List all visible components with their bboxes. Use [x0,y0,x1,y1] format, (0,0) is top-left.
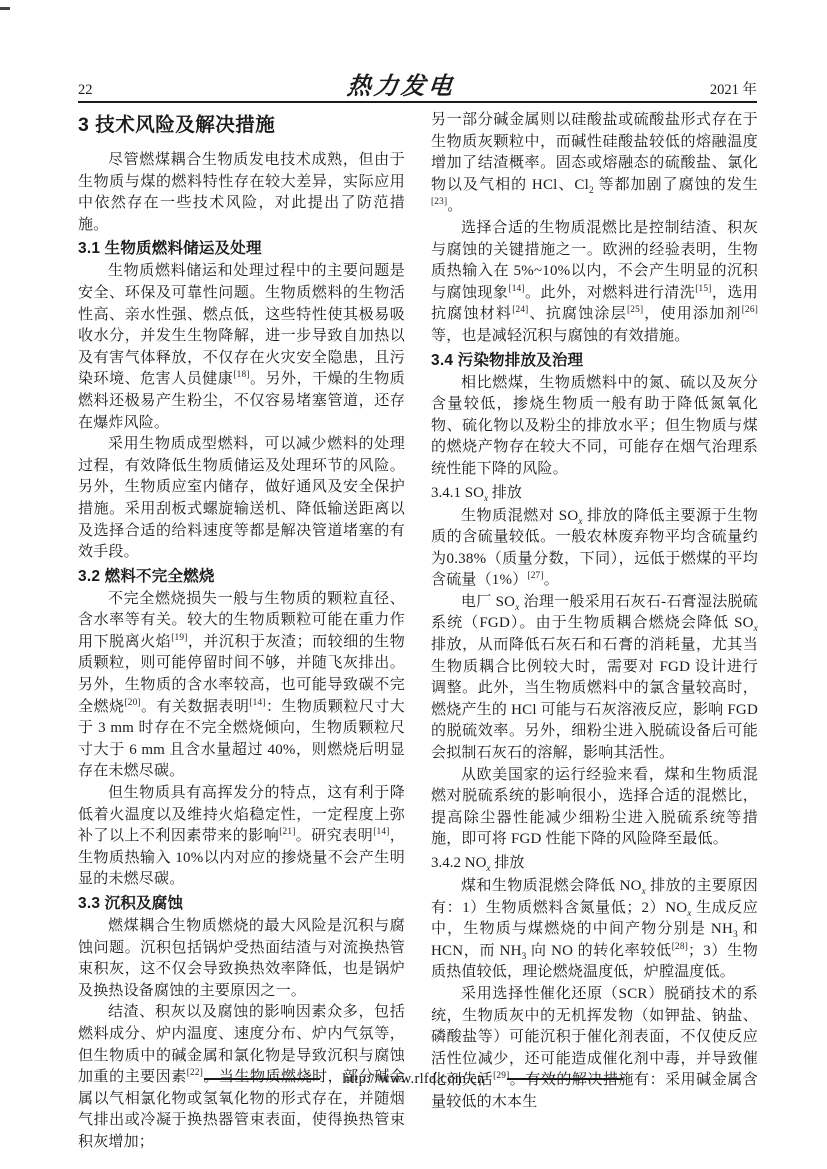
paragraph-pollutant: 相比燃煤，生物质燃料中的氮、硫以及灰分含量较低，掺烧生物质一般有助于降低氮氧化物… [431,373,758,481]
footer-rule-right [507,1078,623,1080]
section-heading-3-2: 3.2 燃料不完全燃烧 [78,565,405,588]
section-heading-3-1: 3.1 生物质燃料储运及处理 [78,237,405,260]
section-heading-3: 3 技术风险及解决措施 [78,112,405,138]
page-number: 22 [78,82,93,98]
section-heading-3-4-1: 3.4.1 SOx 排放 [431,482,758,505]
page-header: 22 热力发电 2021 年 [78,74,757,103]
paragraph-sox-3: 从欧美国家的运行经验来看，煤和生物质混燃对脱硫系统的影响很小，选择合适的混燃比，… [431,765,758,851]
paragraph-incomplete-2: 但生物质具有高挥发分的特点，这有利于降低着火温度以及维持火焰稳定性，一定程度上弥… [78,783,405,891]
paragraph-sox-1: 生物质混燃对 SOx 排放的降低主要源于生物质的含硫量较低。一般农林废弃物平均含… [431,506,758,592]
section-heading-3-3: 3.3 沉积及腐蚀 [78,892,405,915]
article-body: 3 技术风险及解决措施 尽管燃煤耦合生物质发电技术成熟，但由于生物质与煤的燃料特… [78,110,758,1154]
page-footer: http://www.rlfd.com.cn [0,1070,827,1088]
section-heading-3-4: 3.4 污染物排放及治理 [431,349,758,372]
paragraph-deposit-1: 燃煤耦合生物质燃烧的最大风险是沉积与腐蚀问题。沉积包括锅炉受热面结渣与对流换热管… [78,916,405,1002]
paragraph-nox-1: 煤和生物质混燃会降低 NOx 排放的主要原因有：1）生物质燃料含氮量低；2）NO… [431,876,758,984]
paragraph-intro: 尽管燃煤耦合生物质发电技术成熟，但由于生物质与煤的燃料特性存在较大差异，实际应用… [78,150,405,236]
paragraph-storage-1: 生物质燃料储运和处理过程中的主要问题是安全、环保及可靠性问题。生物质燃料的生物活… [78,261,405,434]
left-column: 3 技术风险及解决措施 尽管燃煤耦合生物质发电技术成熟，但由于生物质与煤的燃料特… [78,110,405,1154]
scan-artifact-mark [0,7,10,10]
paragraph-storage-2: 采用生物质成型燃料，可以减少燃料的处理过程，有效降低生物质储运及处理环节的风险。… [78,434,405,564]
journal-title: 热力发电 [346,76,456,98]
section-heading-3-4-2: 3.4.2 NOx 排放 [431,852,758,875]
journal-page: 22 热力发电 2021 年 3 技术风险及解决措施 尽管燃煤耦合生物质发电技术… [0,0,827,1169]
paragraph-incomplete-1: 不完全燃烧损失一般与生物质的颗粒直径、含水率等有关。较大的生物质颗粒可能在重力作… [78,589,405,783]
paragraph-mix-ratio: 选择合适的生物质混燃比是控制结渣、积灰与腐蚀的关键措施之一。欧洲的经验表明，生物… [431,218,758,348]
paragraph-deposit-continued: 另一部分碱金属则以硅酸盐或硫酸盐形式存在于生物质灰颗粒中，而碱性硅酸盐较低的熔融… [431,110,758,218]
paragraph-nox-2: 采用选择性催化还原（SCR）脱硝技术的系统，生物质灰中的无机挥发物（如钾盐、钠盐… [431,984,758,1114]
paragraph-sox-2: 电厂 SOx 治理一般采用石灰石-石膏湿法脱硫系统（FGD）。由于生物质耦合燃烧… [431,592,758,765]
footer-rule-left [204,1078,320,1080]
publication-year: 2021 年 [710,82,757,98]
right-column: 另一部分碱金属则以硅酸盐或硫酸盐形式存在于生物质灰颗粒中，而碱性硅酸盐较低的熔融… [431,110,758,1154]
journal-url: http://www.rlfd.com.cn [342,1070,484,1088]
